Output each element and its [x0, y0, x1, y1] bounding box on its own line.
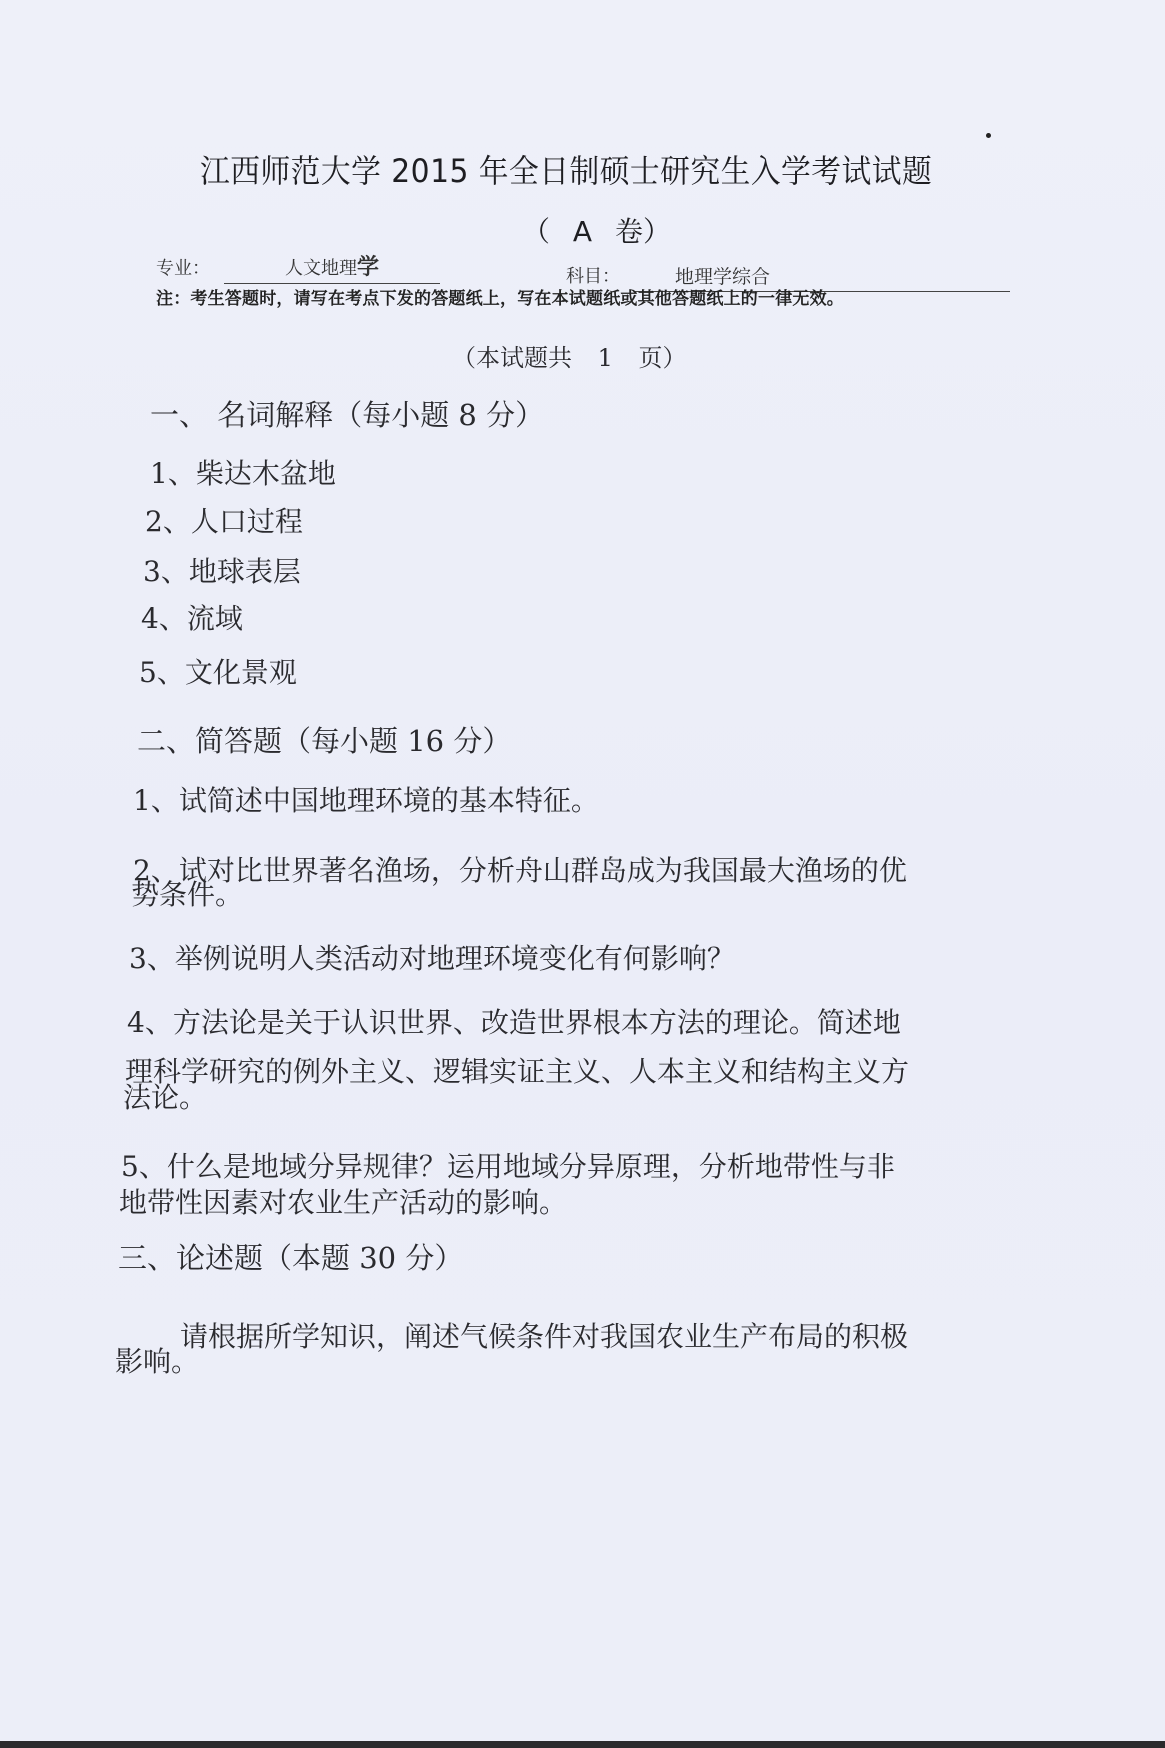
major-value-handwritten: 学 [357, 255, 379, 280]
essay-line: 请根据所学知识，阐述气候条件对我国农业生产布局的积极 [180, 1315, 908, 1355]
exam-notice: 注：考生答题时，请写在考点下发的答题纸上，写在本试题纸或其他答题纸上的一律无效。 [156, 284, 844, 309]
section-3-heading: 三、论述题（本题 30 分） [118, 1236, 463, 1277]
exam-paper: 江西师范大学 2015 年全日制硕士研究生入学考试试题 （ A 卷） 专业： 人… [0, 0, 1165, 1741]
major-value-printed: 人文地理 [285, 258, 357, 279]
question-line: 1、试简述中国地理环境的基本特征。 [133, 779, 599, 819]
term-item: 5、文化景观 [139, 651, 297, 691]
section-1-heading: 一、 名词解释（每小题 8 分） [150, 393, 544, 434]
question-line: 势条件。 [131, 873, 243, 913]
ink-dot [986, 133, 991, 138]
major-value: 人文地理学 [224, 250, 440, 284]
question-line: 地带性因素对农业生产活动的影响。 [119, 1181, 567, 1221]
section-2-heading: 二、简答题（每小题 16 分） [137, 719, 511, 760]
question-line: 4、方法论是关于认识世界、改造世界根本方法的理论。简述地 [127, 1001, 901, 1041]
question-line: 3、举例说明人类活动对地理环境变化有何影响？ [129, 937, 735, 977]
question-line: 5、什么是地域分异规律？运用地域分异原理，分析地带性与非 [121, 1145, 895, 1185]
question-line: 2、试对比世界著名渔场，分析舟山群岛成为我国最大渔场的优 [133, 849, 907, 889]
question-line: 法论。 [123, 1076, 207, 1116]
paper-version: （ A 卷） [522, 210, 671, 250]
term-item: 3、地球表层 [143, 550, 301, 590]
term-item: 4、流域 [141, 597, 243, 637]
question-line: 理科学研究的例外主义、逻辑实证主义、人本主义和结构主义方 [125, 1050, 909, 1090]
exam-title: 江西师范大学 2015 年全日制硕士研究生入学考试试题 [200, 146, 932, 192]
major-label: 专业： [156, 254, 210, 280]
page-count: （本试题共 1 页） [452, 338, 687, 373]
essay-line: 影响。 [115, 1340, 199, 1380]
scan-edge [0, 1741, 1165, 1748]
term-item: 2、人口过程 [145, 500, 303, 540]
term-item: 1、柴达木盆地 [150, 452, 336, 492]
